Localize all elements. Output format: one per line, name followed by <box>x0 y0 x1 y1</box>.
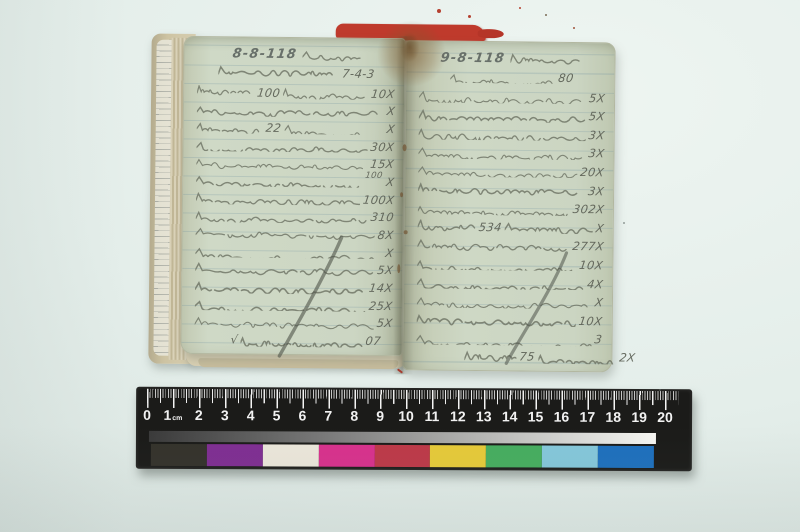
handwriting-token: 100X <box>362 192 395 206</box>
handwriting-scribble <box>283 86 368 100</box>
handwriting-scribble <box>417 331 592 346</box>
handwriting-scribble <box>417 257 576 272</box>
handwriting-token: 100 <box>256 85 281 99</box>
ruler-number: 1cm <box>163 407 182 423</box>
ruler-number: 12 <box>450 408 466 424</box>
red-speck <box>519 7 521 9</box>
ruler-number: 16 <box>554 409 570 425</box>
color-patch <box>374 445 430 467</box>
ruler-number: 14 <box>502 408 518 424</box>
handwriting-scribble <box>417 294 592 309</box>
right-page-footer: 752X <box>416 346 602 366</box>
ruler-number: 15 <box>528 408 544 424</box>
ruler-number: 5 <box>273 407 281 423</box>
left-page-date: 8-8-118 <box>231 46 297 62</box>
handwriting-line: 22X <box>197 118 395 137</box>
handwriting-line: 3 <box>416 329 602 348</box>
right-page: 9-8-118 80 5X5X3X3X20X3X302X534X277X10X4… <box>402 40 615 372</box>
photo-scene: 8-8-118 7-4-3 10010XX22X30X15X100X100X31… <box>0 0 800 532</box>
ruler-number: 6 <box>299 407 307 423</box>
handwriting-line: 4X <box>417 273 603 292</box>
handwriting-scribble <box>197 120 263 134</box>
ruler-number: 3 <box>221 407 229 423</box>
page-stack-bottom-edge-2 <box>198 358 398 369</box>
handwriting-scribble <box>195 297 366 312</box>
handwriting-token: 5X <box>376 316 394 330</box>
handwriting-token: 3X <box>587 184 605 198</box>
handwriting-line: 752X <box>465 347 636 366</box>
handwriting-token: 3X <box>588 146 606 160</box>
handwriting-token: 20X <box>580 165 606 179</box>
handwriting-scribble <box>196 156 367 171</box>
red-speck <box>437 9 441 13</box>
handwriting-token: 8X <box>377 228 395 242</box>
handwriting-scribble <box>417 275 584 290</box>
handwriting-token: 100 <box>365 171 384 181</box>
handwriting-line: 25X <box>195 295 393 314</box>
ruler-number: 4 <box>247 407 255 423</box>
handwriting-line: 100X <box>196 189 394 208</box>
handwriting-line: 3X <box>419 125 605 144</box>
right-subheader-token: 80 <box>558 70 575 84</box>
handwriting-scribble <box>218 65 338 79</box>
handwriting-token: 30X <box>370 139 396 153</box>
handwriting-token: X <box>386 104 396 118</box>
ruler-number: 2 <box>195 407 203 423</box>
handwriting-line: 30X <box>196 136 394 155</box>
ruler-number-scale: 01cm234567891011121314151617181920 <box>136 407 692 429</box>
handwriting-token: 10X <box>578 314 604 328</box>
handwriting-token: 15X <box>370 157 396 171</box>
right-page-subheader: 80 <box>419 67 605 86</box>
handwriting-line: √07 <box>230 331 381 350</box>
notebook: 8-8-118 7-4-3 10010XX22X30X15X100X100X31… <box>146 24 620 379</box>
handwriting-line: 5X <box>195 313 393 332</box>
handwriting-token: 302X <box>572 202 605 216</box>
handwriting-line: 20X <box>418 162 604 181</box>
handwriting-token: 3X <box>588 128 606 142</box>
handwriting-line: 302X <box>418 199 604 218</box>
handwriting-line: X <box>417 292 603 311</box>
handwriting-scribble <box>417 313 576 328</box>
handwriting-line: 5X <box>419 87 605 106</box>
handwriting-token: 25X <box>368 299 394 313</box>
handwriting-token: 22 <box>265 121 282 135</box>
handwriting-line: 8X <box>196 225 394 244</box>
handwriting-line: 5X <box>195 260 393 279</box>
stain-speck <box>400 192 403 197</box>
handwriting-scribble <box>196 191 360 206</box>
left-page-subheader: 7-4-3 <box>197 63 395 82</box>
color-patch <box>486 445 542 467</box>
handwriting-token: X <box>384 246 394 260</box>
right-page-header: 9-8-118 <box>419 47 605 69</box>
ruler-number: 18 <box>605 409 621 425</box>
left-page-header: 8-8-118 <box>197 43 395 65</box>
handwriting-token: X <box>386 122 396 136</box>
handwriting-scribble <box>241 333 363 347</box>
handwriting-token: 07 <box>365 334 382 348</box>
handwriting-token: 10X <box>370 86 396 100</box>
handwriting-scribble <box>418 220 476 234</box>
handwriting-token: 277X <box>571 239 604 253</box>
handwriting-token: 4X <box>586 277 604 291</box>
left-page: 8-8-118 7-4-3 10010XX22X30X15X100X100X31… <box>180 36 405 356</box>
handwriting-token: X <box>385 175 395 189</box>
handwriting-scribble <box>197 103 384 118</box>
handwriting-token: 5X <box>376 263 394 277</box>
handwriting-scribble <box>419 108 586 123</box>
handwriting-line: 277X <box>417 236 603 255</box>
handwriting-line: 14X <box>195 278 393 297</box>
handwriting-scribble <box>418 145 585 160</box>
color-calibration-patches <box>151 444 654 468</box>
left-page-footer: √07 <box>194 330 392 350</box>
color-patch <box>263 444 319 466</box>
handwriting-line: 10X <box>417 255 603 274</box>
handwriting-token: 75 <box>519 349 536 363</box>
handwriting-token: X <box>594 295 604 309</box>
handwriting-scribble <box>511 52 585 66</box>
handwriting-line: 310 <box>196 207 394 226</box>
handwriting-token: 534 <box>478 220 503 234</box>
handwriting-scribble <box>418 201 570 216</box>
handwriting-line: X <box>195 242 393 261</box>
handwriting-scribble <box>538 350 616 364</box>
handwriting-line: 100X <box>196 171 394 190</box>
handwriting-token: √ <box>229 332 239 346</box>
color-patch <box>319 445 375 467</box>
ruler-number: 19 <box>631 409 647 425</box>
handwriting-scribble <box>451 70 555 84</box>
handwriting-token: 310 <box>370 210 395 224</box>
handwriting-scribble <box>196 209 368 224</box>
handwriting-line: 15X <box>196 154 394 173</box>
handwriting-scribble <box>505 221 592 235</box>
handwriting-scribble <box>419 127 586 142</box>
handwriting-line: 5X <box>419 106 605 125</box>
ruler-number: 0 <box>143 407 151 423</box>
color-patch <box>598 446 654 468</box>
ruler-number: 11 <box>425 408 440 424</box>
handwriting-scribble <box>197 138 368 153</box>
handwriting-scribble <box>195 244 382 259</box>
ruler-number: 7 <box>324 408 332 424</box>
ruler-number: 20 <box>657 409 673 425</box>
dust-speck <box>623 222 625 224</box>
handwriting-line: 3X <box>418 143 604 162</box>
ruler: 01cm234567891011121314151617181920 <box>136 387 692 471</box>
left-subheader-token: 7-4-3 <box>341 66 375 80</box>
handwriting-token: 10X <box>579 258 605 272</box>
handwriting-scribble <box>284 121 383 135</box>
right-page-date: 9-8-118 <box>439 50 505 66</box>
dust-speck <box>545 14 547 16</box>
handwriting-token: 14X <box>368 281 394 295</box>
handwriting-token: 3 <box>594 333 604 347</box>
handwriting-scribble <box>195 262 374 277</box>
red-speck <box>468 15 471 18</box>
color-patch <box>207 444 263 466</box>
handwriting-token: 5X <box>588 109 606 123</box>
handwriting-scribble <box>196 227 375 242</box>
handwriting-scribble <box>196 173 362 188</box>
handwriting-scribble <box>465 349 517 363</box>
handwriting-line: X <box>197 101 395 120</box>
handwriting-scribble <box>417 238 569 253</box>
grayscale-gradient-strip <box>149 431 656 444</box>
handwriting-token: 2X <box>618 350 636 364</box>
handwriting-line: 3X <box>418 180 604 199</box>
stain-speck <box>403 144 407 151</box>
color-patch <box>542 446 598 468</box>
handwriting-line: 534X <box>418 218 604 237</box>
ruler-number: 8 <box>350 408 358 424</box>
ruler-number: 9 <box>376 408 384 424</box>
ruler-unit-label: cm <box>172 415 182 422</box>
handwriting-token: 5X <box>588 91 606 105</box>
left-page-entries: 10010XX22X30X15X100X100X3108XX5X14X25X5X <box>195 80 396 332</box>
ruler-number: 10 <box>398 408 414 424</box>
handwriting-scribble <box>418 164 577 179</box>
handwriting-scribble <box>419 89 586 104</box>
color-patch <box>430 445 486 467</box>
color-patch <box>151 444 207 466</box>
handwriting-token: X <box>595 221 605 235</box>
handwriting-line: 10010X <box>197 83 395 102</box>
ruler-number: 13 <box>476 408 492 424</box>
handwriting-scribble <box>418 182 585 197</box>
handwriting-scribble <box>195 315 374 330</box>
handwriting-scribble <box>197 85 254 99</box>
right-page-entries: 5X5X3X3X20X3X302X534X277X10X4XX10X3 <box>416 84 605 348</box>
ruler-number: 17 <box>580 409 596 425</box>
stain-speck <box>404 230 408 234</box>
handwriting-line: 10X <box>417 311 603 330</box>
handwriting-scribble <box>195 280 366 295</box>
handwriting-scribble <box>303 48 361 62</box>
